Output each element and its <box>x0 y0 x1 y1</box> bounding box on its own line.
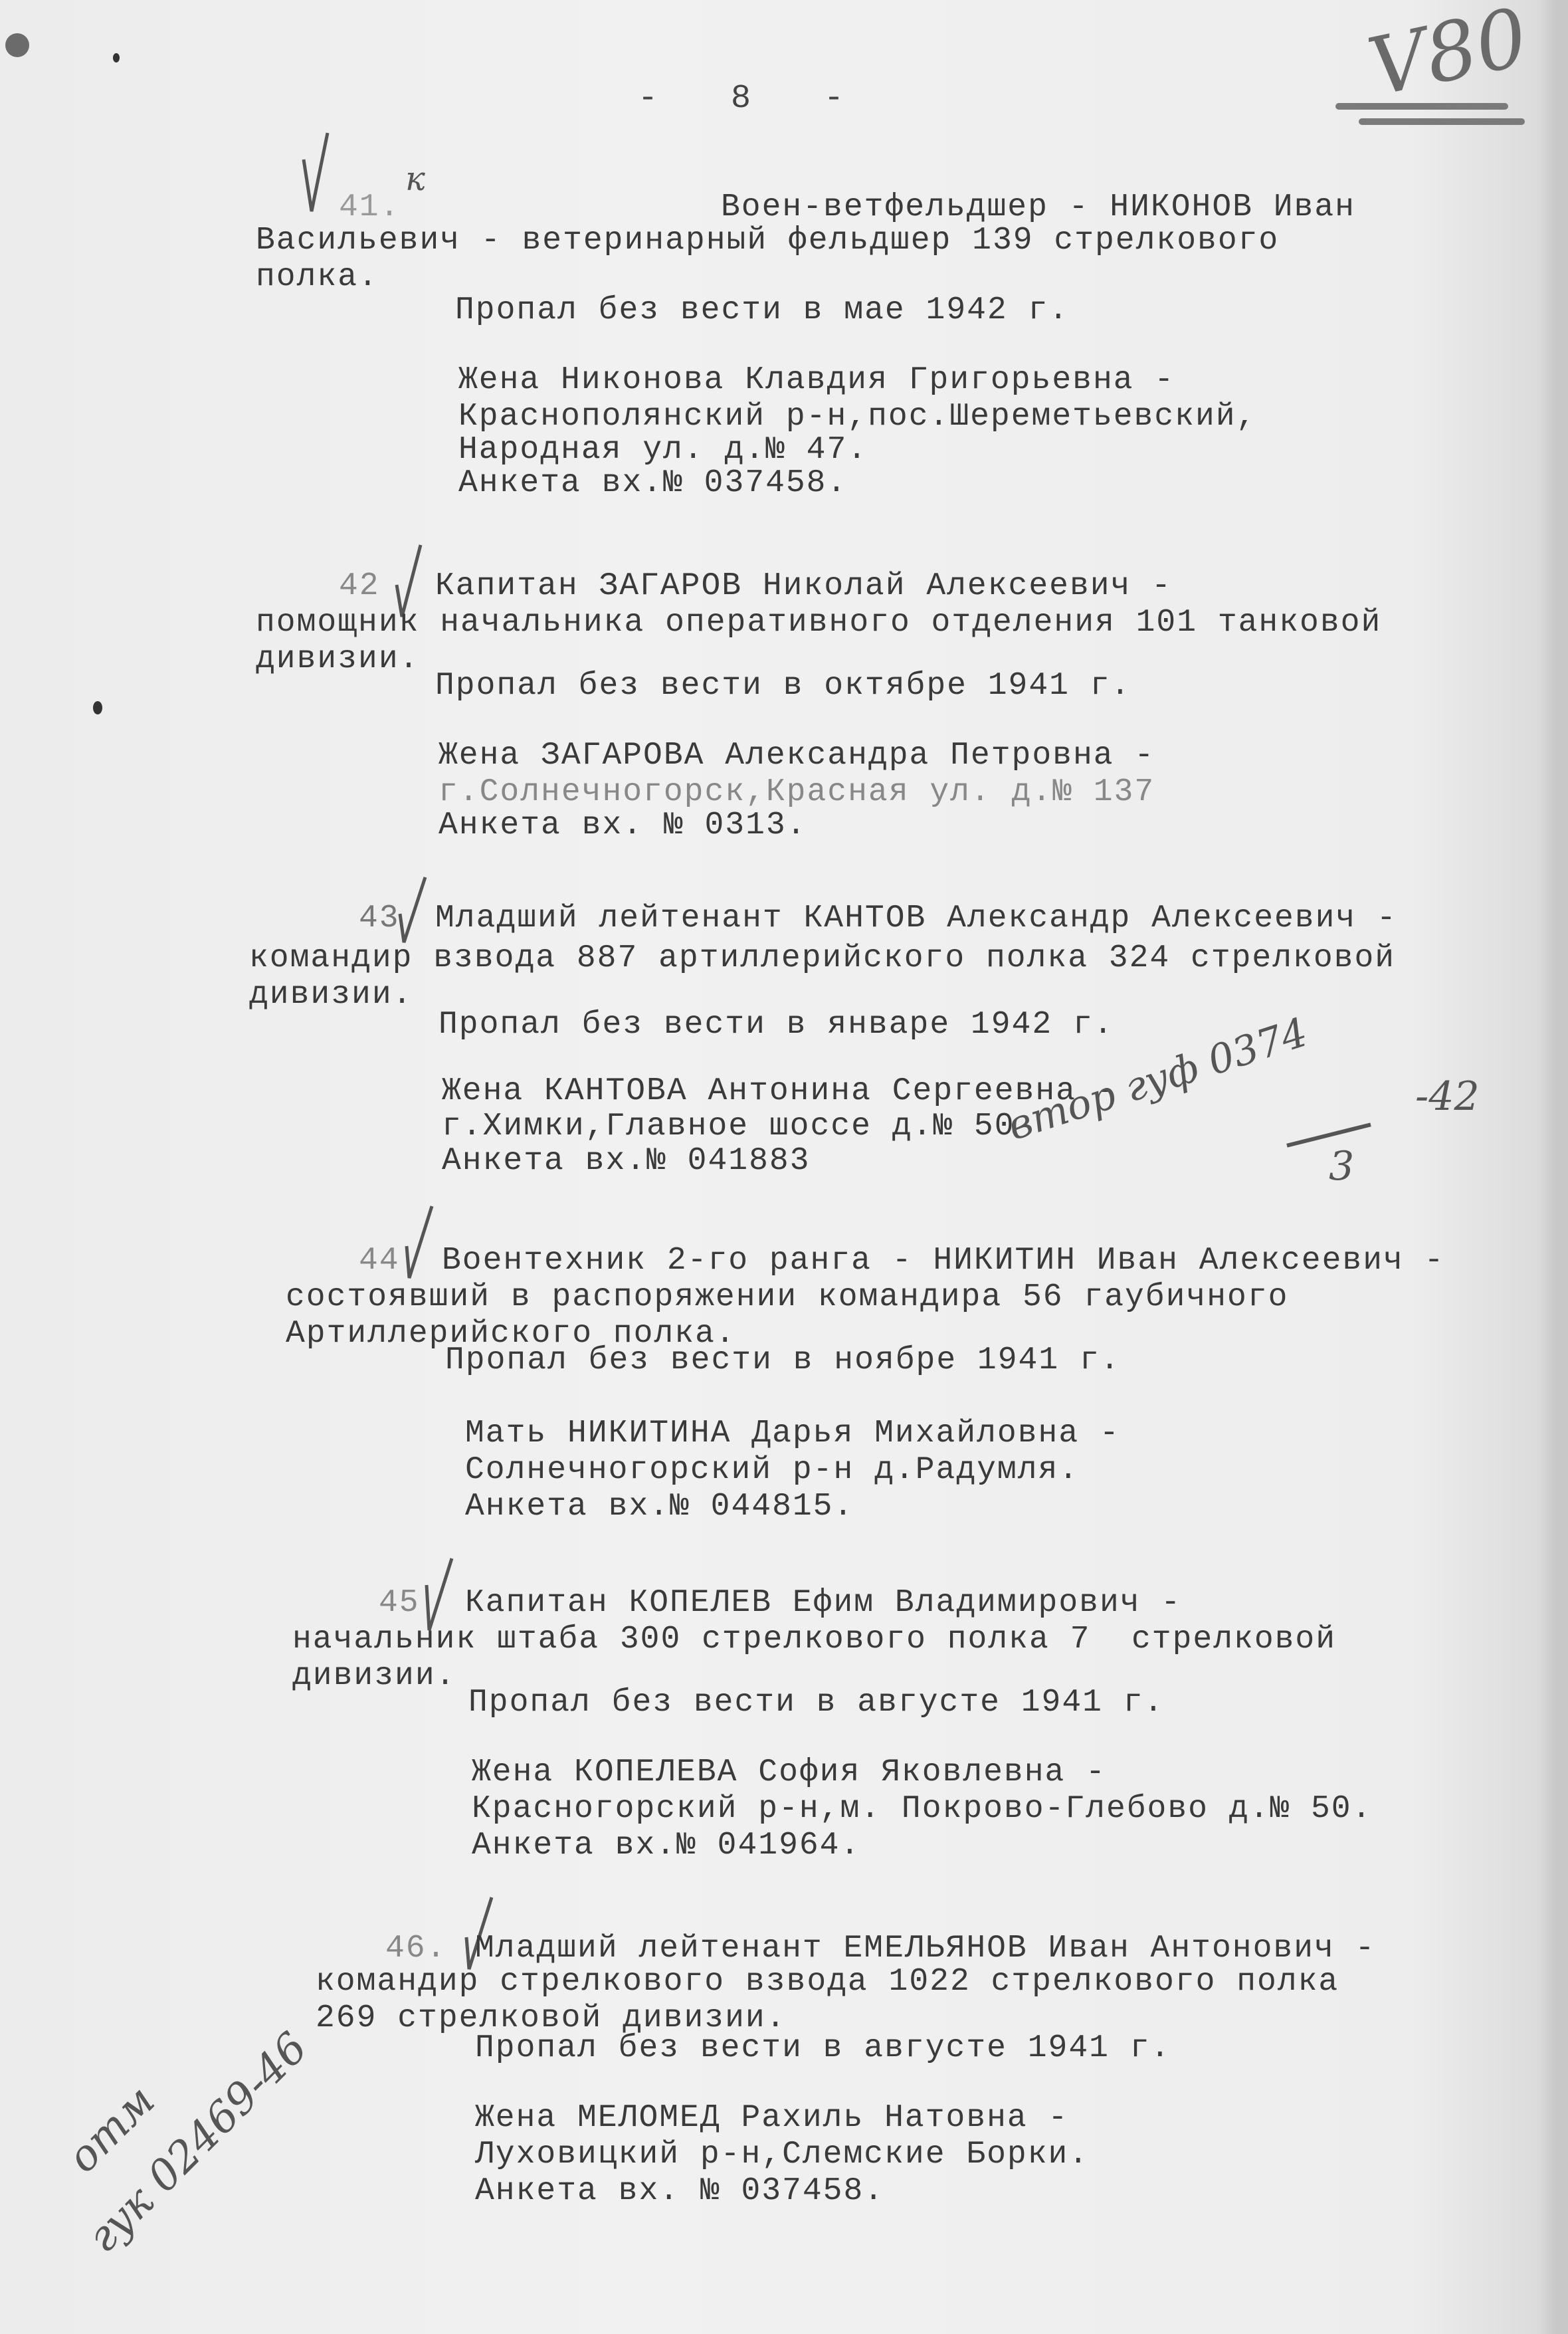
relative-line: Анкета вх. № 037458. <box>475 2173 884 2209</box>
entry-line: Васильевич - ветеринарный фельдшер 139 с… <box>256 223 1279 259</box>
relative-line: Краснополянский р-н,пос.Шереметьевский, <box>458 399 1256 435</box>
entry-line: Воен-ветфельдшер - НИКОНОВ Иван <box>721 189 1355 225</box>
entry-number: 41. <box>339 189 400 225</box>
missing-statement: Пропал без вести в мае 1942 г. <box>455 292 1069 328</box>
relative-line: Жена МЕЛОМЕД Рахиль Натовна - <box>475 2100 1068 2136</box>
page-edge <box>1556 0 1568 2334</box>
relative-line: Жена Никонова Клавдия Григорьевна - <box>458 362 1175 398</box>
ink-speck <box>93 701 102 714</box>
relative-line: Жена КОПЕЛЕВА София Яковлевна - <box>472 1754 1106 1790</box>
punch-hole-mark <box>5 33 29 57</box>
relative-line: г.Химки,Главное шоссе д.№ 50 <box>442 1109 1015 1144</box>
entry-number: 44 <box>359 1243 400 1279</box>
entry-line: Младший лейтенант ЕМЕЛЬЯНОВ Иван Антонов… <box>475 1931 1375 1966</box>
missing-statement: Пропал без вести в августе 1941 г. <box>475 2030 1171 2066</box>
entry-line: состоявший в распоряжении командира 56 г… <box>286 1279 1288 1315</box>
relative-line: Красногорский р-н,м. Покрово-Глебово д.№… <box>472 1791 1372 1827</box>
entry-number: 45 <box>379 1585 420 1621</box>
relative-line: Анкета вх.№ 037458. <box>458 465 847 501</box>
relative-line: г.Солнечногорск,Красная ул. д.№ 137 <box>439 774 1155 810</box>
entry-line: дивизии. <box>292 1658 456 1694</box>
relative-line: Анкета вх.№ 041883 <box>442 1143 810 1179</box>
entry-line: дивизии. <box>249 977 413 1013</box>
mark-annotation: к <box>405 159 425 198</box>
page-number: - 8 - <box>638 80 870 118</box>
relative-line: Жена ЗАГАРОВА Александра Петровна - <box>439 738 1155 774</box>
entry-number: 43 <box>359 901 400 936</box>
relative-line: Мать НИКИТИНА Дарья Михайловна - <box>465 1416 1120 1451</box>
entry-line: полка. <box>256 259 379 295</box>
entry-line: начальник штаба 300 стрелкового полка 7 … <box>292 1622 1336 1657</box>
entry-line: дивизии. <box>256 641 419 677</box>
relative-line: Анкета вх.№ 044815. <box>465 1489 854 1525</box>
handwritten-suffix: -42 <box>1415 1073 1480 1120</box>
missing-statement: Пропал без вести в августе 1941 г. <box>468 1685 1164 1721</box>
missing-statement: Пропал без вести в октябре 1941 г. <box>435 668 1131 704</box>
relative-line: Анкета вх. № 0313. <box>439 807 807 843</box>
entry-line: командир взвода 887 артиллерийского полк… <box>249 940 1395 976</box>
entry-line: помощник начальника оперативного отделен… <box>256 605 1381 641</box>
entry-number: 42 <box>339 568 380 604</box>
entry-number: 46. <box>385 1931 446 1966</box>
relative-line: Народная ул. д.№ 47. <box>458 432 868 468</box>
missing-statement: Пропал без вести в ноябре 1941 г. <box>445 1342 1121 1378</box>
entry-line: командир стрелкового взвода 1022 стрелко… <box>316 1964 1339 2000</box>
handwritten-denominator: 3 <box>1329 1143 1354 1190</box>
ink-speck <box>113 53 120 62</box>
check-mark-icon <box>405 1206 432 1279</box>
folio-underline <box>1335 103 1508 110</box>
folio-underline <box>1359 118 1525 125</box>
relative-line: Луховицкий р-н,Слемские Борки. <box>475 2137 1089 2173</box>
entry-line: Капитан ЗАГАРОВ Николай Алексеевич - <box>435 568 1172 604</box>
check-mark-icon <box>425 1558 452 1632</box>
entry-line: Воентехник 2-го ранга - НИКИТИН Иван Але… <box>442 1243 1444 1279</box>
check-mark-icon <box>302 133 329 213</box>
relative-line: Солнечногорский р-н д.Радумля. <box>465 1452 1079 1488</box>
check-mark-icon <box>399 877 425 944</box>
folio-annotation: V80 <box>1361 0 1535 114</box>
document-page: - 8 - V80 к 41. Воен-ветфельдшер - НИКОН… <box>0 0 1568 2334</box>
entry-line: Младший лейтенант КАНТОВ Александр Алекс… <box>435 901 1397 936</box>
relative-line: Анкета вх.№ 041964. <box>472 1828 860 1863</box>
entry-line: Капитан КОПЕЛЕВ Ефим Владимирович - <box>465 1585 1181 1621</box>
missing-statement: Пропал без вести в январе 1942 г. <box>439 1007 1114 1043</box>
